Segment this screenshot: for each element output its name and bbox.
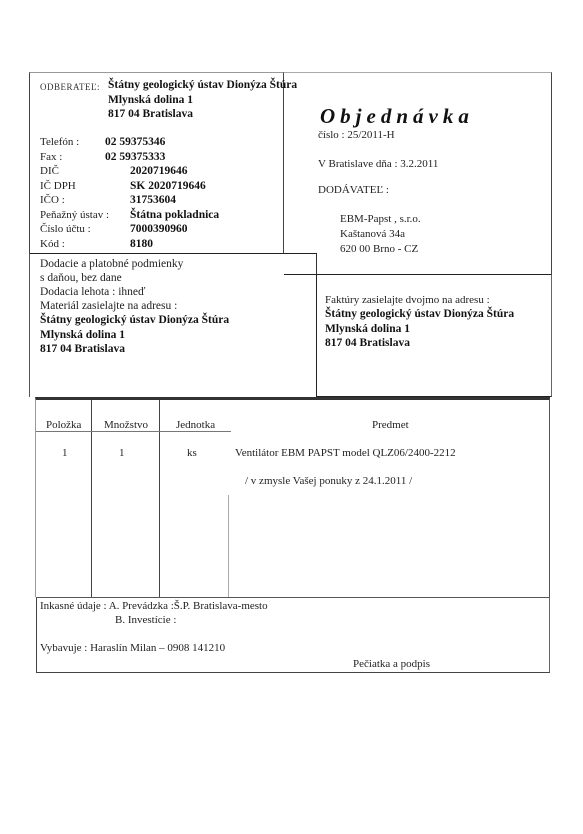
delivery-terms: s daňou, bez dane [40,271,122,285]
supplier-name: EBM-Papst , s.r.o. [340,212,421,226]
buyer-field-value: SK 2020719646 [130,179,206,193]
buyer-field-value: 02 59375346 [105,135,165,149]
buyer-field-value: 31753604 [130,193,176,207]
column-divider [159,400,160,598]
supplier-street: Kaštanová 34a [340,227,405,241]
buyer-field-label: Fax : [40,150,62,164]
ship-to-city: 817 04 Bratislava [40,342,125,356]
billing-line-a: Inkasné údaje : A. Prevádzka :Š.P. Brati… [40,599,268,613]
buyer-field-label: DIČ [40,164,59,178]
ship-to-street: Mlynská dolina 1 [40,328,125,342]
buyer-field-value: Štátna pokladnica [130,208,219,222]
column-divider [91,400,92,598]
row-item: 1 [62,446,68,460]
ship-to-label: Materiál zasielajte na adresu : [40,299,177,313]
invoice-street: Mlynská dolina 1 [325,322,410,336]
buyer-field-label: IČO : [40,193,65,207]
issued-by: Vybavuje : Haraslín Milan – 0908 141210 [40,641,225,655]
stamp-signature-label: Pečiatka a podpis [353,657,430,671]
buyer-street: Mlynská dolina 1 [108,93,193,107]
ship-to-name: Štátny geologický ústav Dionýza Štúra [40,313,229,327]
buyer-field-label: Peňažný ústav : [40,208,109,222]
header-unit: Jednotka [176,418,215,432]
order-number: číslo : 25/2011-H [318,128,395,142]
invoice-name: Štátny geologický ústav Dionýza Štúra [325,307,514,321]
header-quantity: Množstvo [104,418,148,432]
invoice-city: 817 04 Bratislava [325,336,410,350]
invoice-label: Faktúry zasielajte dvojmo na adresu : [325,293,490,307]
row-subject: Ventilátor EBM PAPST model QLZ06/2400-22… [235,446,456,460]
buyer-field-value: 02 59375333 [105,150,165,164]
column-divider [228,495,229,598]
row-quantity: 1 [119,446,125,460]
buyer-field-value: 8180 [130,237,153,251]
buyer-field-value: 2020719646 [130,164,188,178]
buyer-field-label: Telefón : [40,135,79,149]
header-subject: Predmet [372,418,409,432]
buyer-field-label: IČ DPH [40,179,76,193]
header-item: Položka [46,418,81,432]
buyer-field-label: Číslo účtu : [40,222,91,236]
buyer-city: 817 04 Bratislava [108,107,193,121]
buyer-field-label: Kód : [40,237,65,251]
row-unit: ks [187,446,197,460]
delivery-deadline: Dodacia lehota : ihneď [40,285,145,299]
order-date: V Bratislave dňa : 3.2.2011 [318,157,438,171]
buyer-label: ODBERATEĽ: [40,80,100,94]
supplier-label: DODÁVATEĽ : [318,183,389,197]
supplier-city: 620 00 Brno - CZ [340,242,418,256]
delivery-terms-heading: Dodacie a platobné podmienky [40,257,183,271]
order-title: Objednávka [320,104,474,128]
row-note: / v zmysle Vašej ponuky z 24.1.2011 / [245,474,412,488]
billing-line-b: B. Investície : [115,613,176,627]
buyer-name: Štátny geologický ústav Dionýza Štúra [108,78,297,92]
buyer-field-value: 7000390960 [130,222,188,236]
